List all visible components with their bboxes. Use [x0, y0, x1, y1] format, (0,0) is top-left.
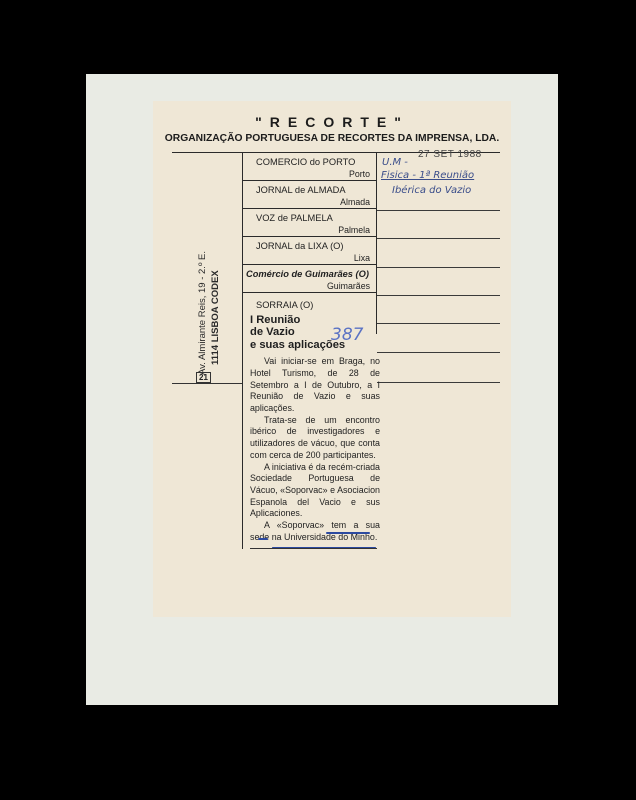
publication-city: Palmela [338, 225, 370, 235]
divider [377, 238, 500, 239]
divider [250, 548, 377, 549]
form-title: "RECORTE" [153, 114, 511, 130]
form-code: 21 [196, 372, 211, 383]
publication-row: COMERCIO do PORTO Porto [243, 153, 376, 181]
publication-city: Lixa [354, 253, 370, 263]
divider [377, 352, 500, 353]
clipping-paragraph: Trata-se de um encontro ibérico de inves… [250, 415, 380, 462]
publication-name: JORNAL de ALMADA [256, 185, 346, 195]
clipping-paragraph: A iniciativa é da recém-criada Sociedade… [250, 462, 380, 521]
handwritten-note: U.M - [382, 157, 408, 168]
divider [377, 323, 500, 324]
date-stamp: 27 SET 1988 [418, 149, 482, 160]
divider [377, 295, 500, 296]
publication-row: JORNAL da LIXA (O) Lixa [243, 237, 376, 265]
divider [172, 383, 242, 384]
publication-city: Guimarães [327, 281, 370, 291]
divider [377, 210, 500, 211]
address-line-2: 1114 LISBOA CODEX [209, 251, 222, 375]
clipping-section: SORRAIA (O) [256, 300, 380, 312]
publication-row: VOZ de PALMELA Palmela [243, 209, 376, 237]
publication-city: Almada [340, 197, 370, 207]
publication-city: Porto [349, 169, 370, 179]
handwritten-number: 387 [331, 325, 363, 345]
publication-name: VOZ de PALMELA [256, 213, 333, 223]
handwritten-note: Ibérica do Vazio [392, 185, 471, 196]
address-line-1: Av. Almirante Reis, 19 - 2.º E. [196, 251, 209, 375]
handwritten-note: Fisica - 1ª Reunião [381, 170, 474, 181]
divider [377, 382, 500, 383]
publication-row: JORNAL de ALMADA Almada [243, 181, 376, 209]
divider [377, 267, 500, 268]
publication-name: Comércio de Guimarães (O) [246, 269, 369, 279]
clipping-paragraph: Vai iniciar-se em Braga, no Hotel Turism… [250, 356, 380, 415]
pen-underline [326, 532, 370, 534]
publication-row: Comércio de Guimarães (O) Guimarães [243, 265, 376, 293]
form-subtitle: ORGANIZAÇÃO PORTUGUESA DE RECORTES DA IM… [153, 133, 511, 144]
publication-name: JORNAL da LIXA (O) [256, 241, 344, 251]
pen-underline [258, 538, 268, 540]
company-address: Av. Almirante Reis, 19 - 2.º E. 1114 LIS… [196, 251, 222, 375]
publication-name: COMERCIO do PORTO [256, 157, 355, 167]
